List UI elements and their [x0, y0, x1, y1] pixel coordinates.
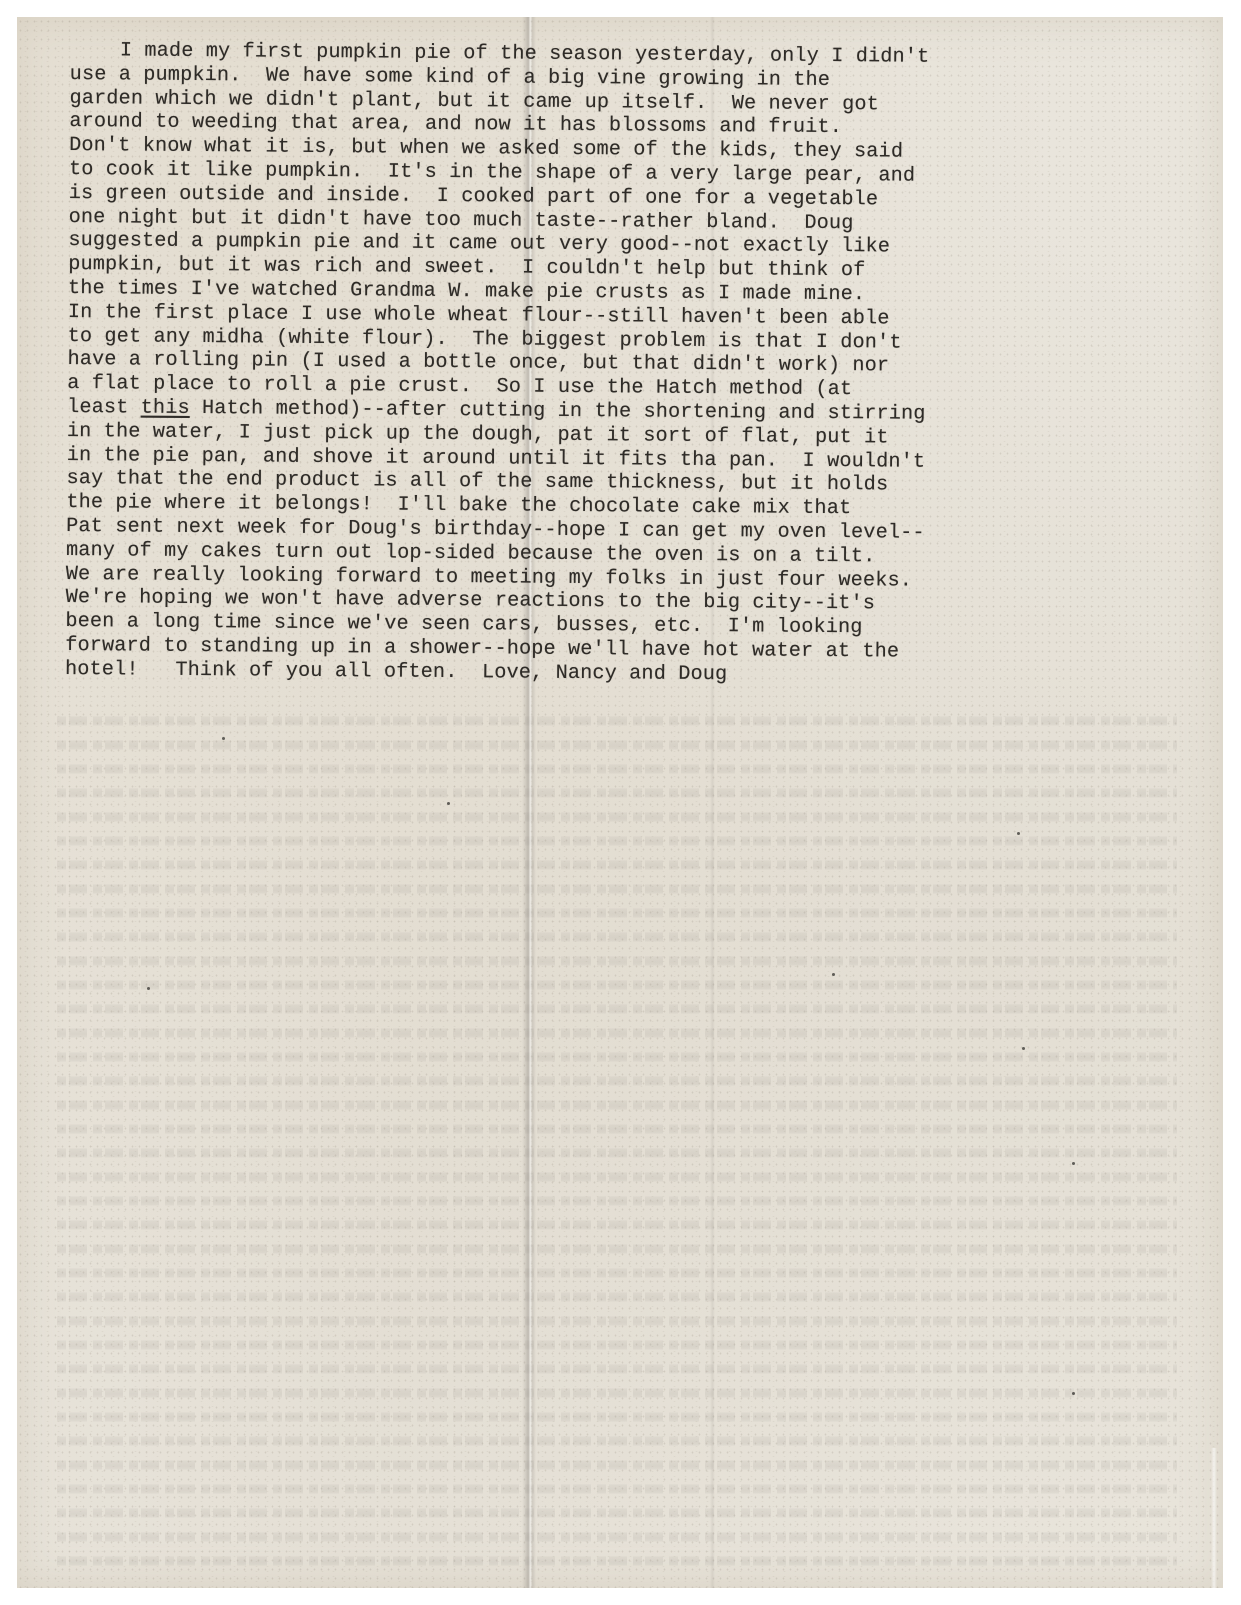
reverse-side-bleed-through: [57, 707, 1177, 1567]
ink-speck: [222, 737, 225, 740]
ink-speck: [1022, 1047, 1025, 1050]
ink-speck: [147, 987, 150, 990]
ink-speck: [1072, 1392, 1075, 1395]
ink-speck: [1017, 832, 1020, 835]
letter-page: I made my first pumpkin pie of the seaso…: [17, 17, 1223, 1588]
underlined-word: this: [141, 397, 190, 420]
ink-speck: [447, 802, 450, 805]
ink-speck: [1072, 1162, 1075, 1165]
ink-speck: [832, 973, 835, 976]
line-prefix: least: [67, 396, 141, 420]
letter-body: I made my first pumpkin pie of the seaso…: [65, 39, 1170, 690]
paper-edge-highlight: [1211, 1448, 1217, 1588]
